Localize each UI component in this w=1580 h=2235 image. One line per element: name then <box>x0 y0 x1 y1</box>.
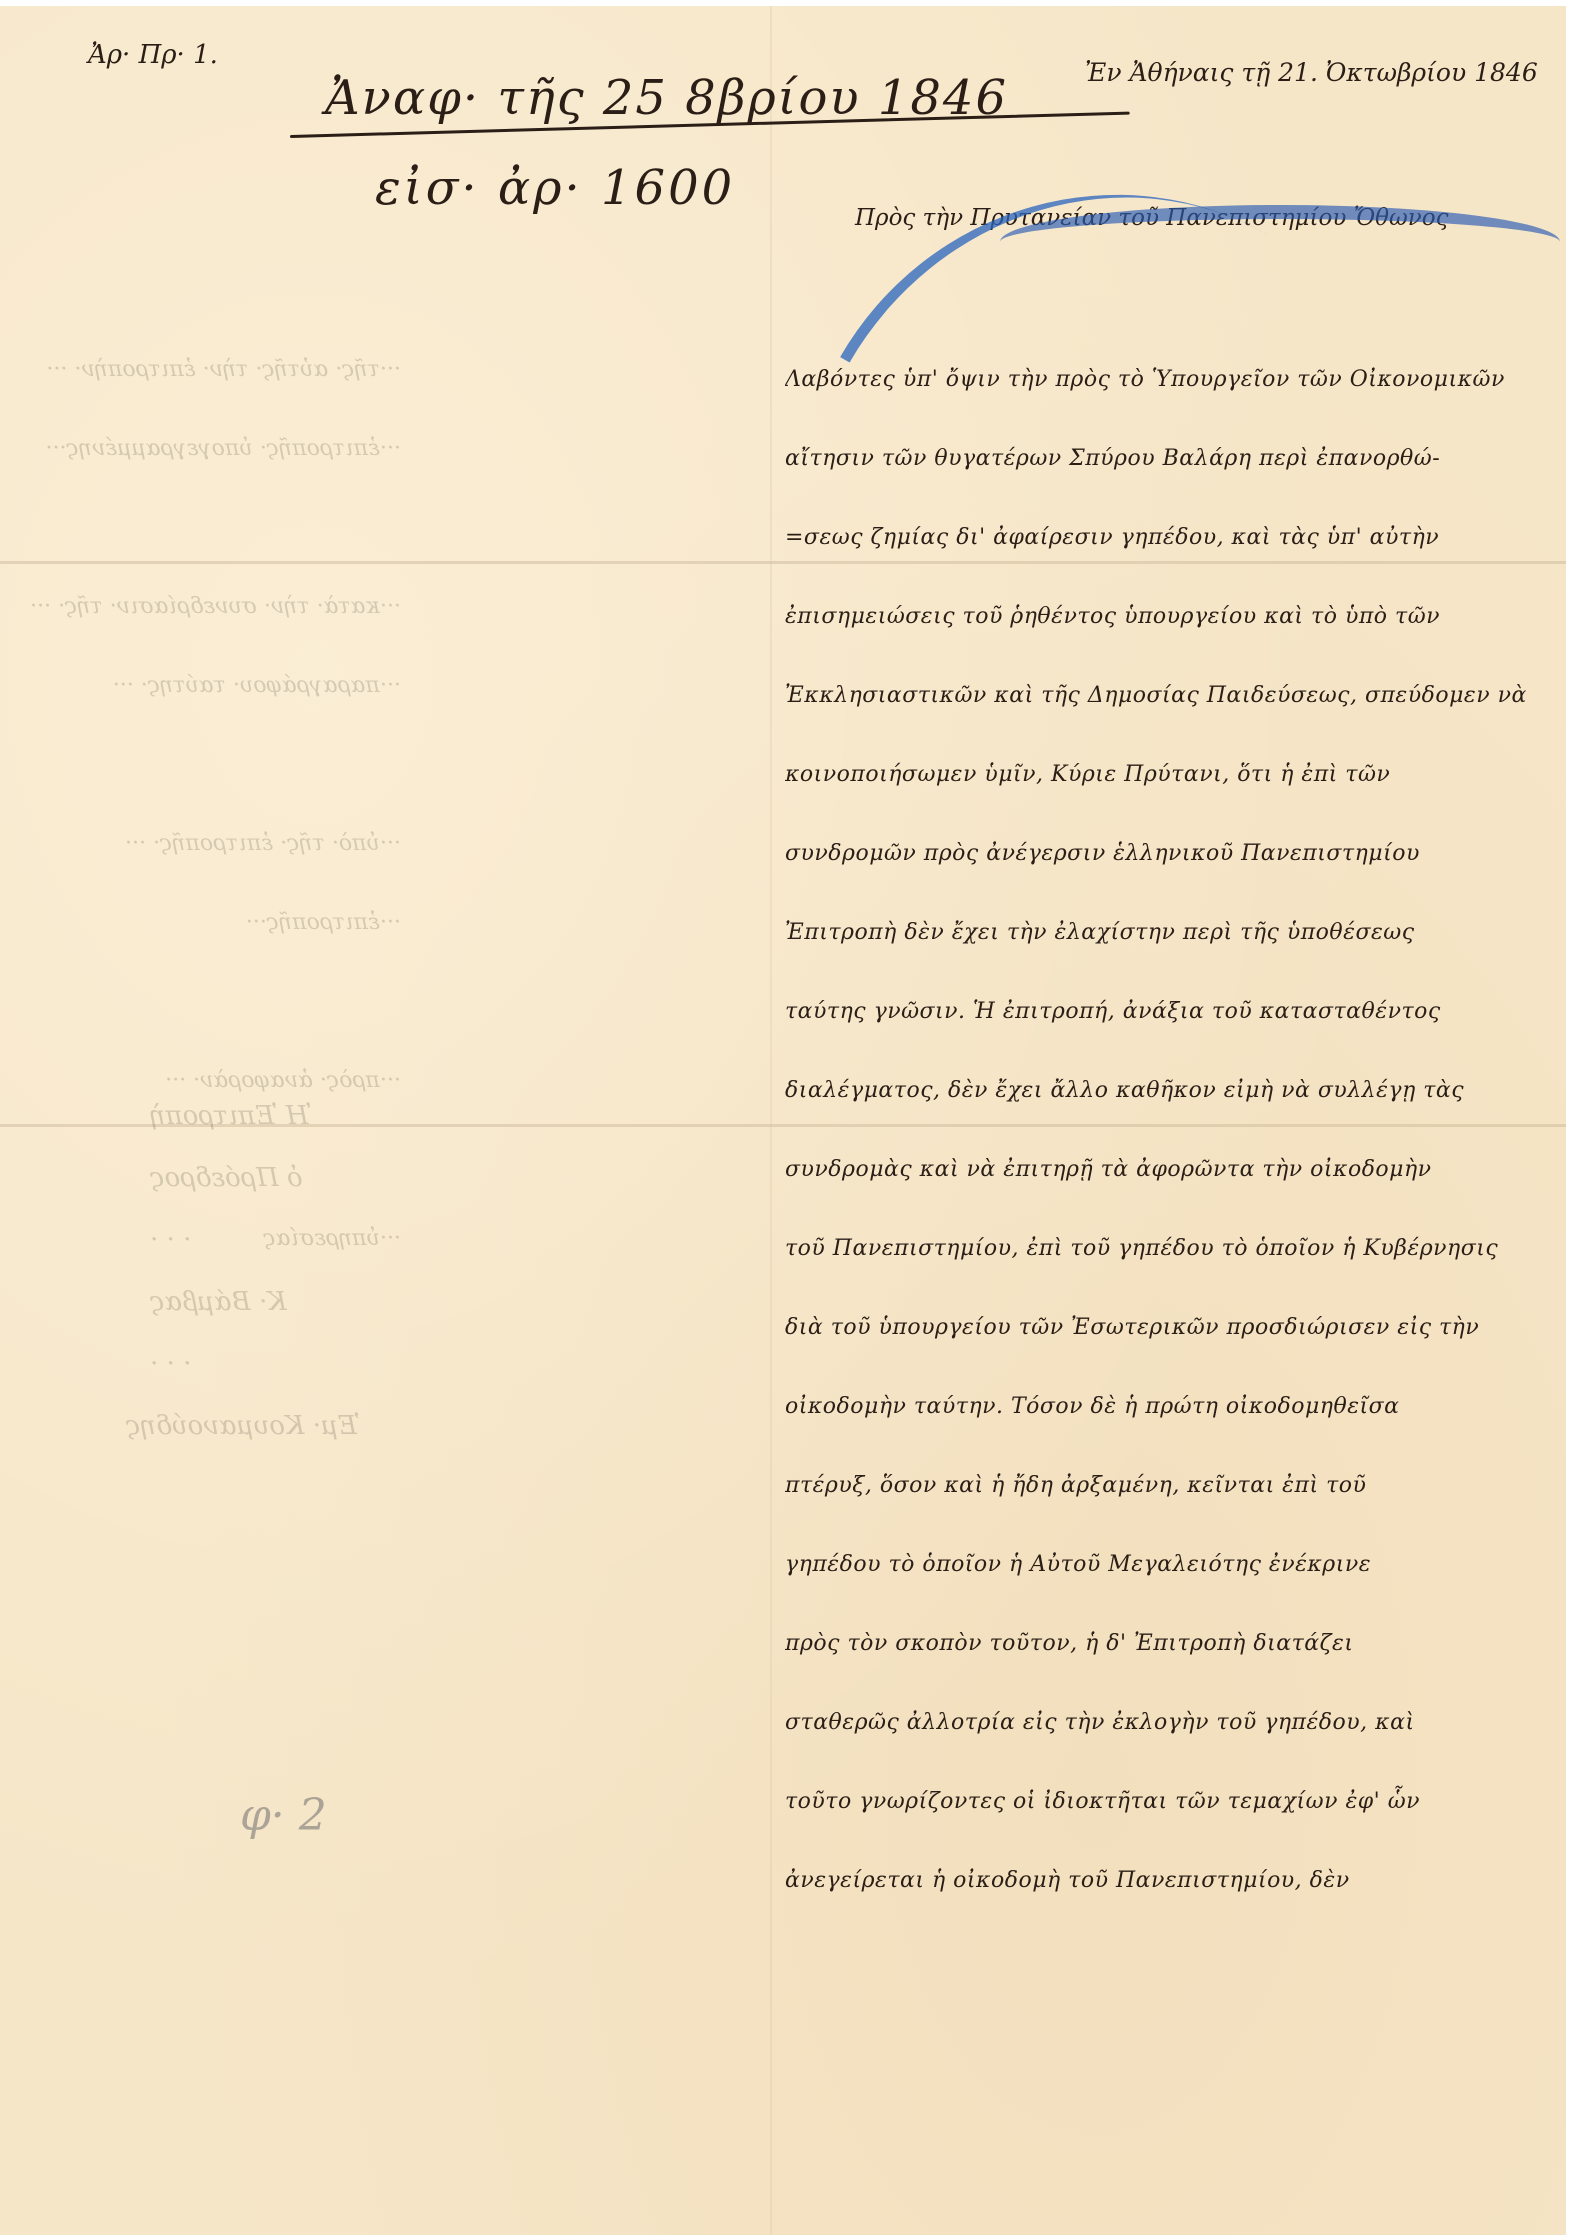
body-line: Λαβόντες ὑπ' ὄψιν τὴν πρὸς τὸ Ὑπουργεῖον… <box>785 340 1555 419</box>
bleed-line <box>30 962 401 1041</box>
body-line: τοῦτο γνωρίζοντες οἱ ἰδιοκτῆται τῶν τεμα… <box>785 1762 1555 1841</box>
body-line: γηπέδου τὸ ὁποῖον ἡ Αὐτοῦ Μεγαλειότης ἐν… <box>785 1525 1555 1604</box>
bleed-line: ···παραγράφου· ταύτης· ··· <box>30 646 401 725</box>
reference-number: Ἀρ· Πρ· 1. <box>88 40 218 70</box>
letter-body: Λαβόντες ὑπ' ὄψιν τὴν πρὸς τὸ Ὑπουργεῖον… <box>785 340 1555 1920</box>
body-line: πτέρυξ, ὅσον καὶ ἡ ἤδη ἀρξαμένη, κεῖνται… <box>785 1446 1555 1525</box>
body-line: πρὸς τὸν σκοπὸν τοῦτον, ἡ δ' Ἐπιτροπὴ δι… <box>785 1604 1555 1683</box>
body-line: αἴτησιν τῶν θυγατέρων Σπύρου Βαλάρη περὶ… <box>785 419 1555 498</box>
body-line: ταύτης γνῶσιν. Ἡ ἐπιτροπή, ἀνάξια τοῦ κα… <box>785 972 1555 1051</box>
folio-mark: φ· 2 <box>240 1790 327 1841</box>
bleed-line <box>30 488 401 567</box>
bleed-line <box>30 725 401 804</box>
signature-line: · · · <box>150 1333 360 1395</box>
body-line: κοινοποιήσωμεν ὑμῖν, Κύριε Πρύτανι, ὅτι … <box>785 735 1555 814</box>
dateline: Ἐν Ἀθήναις τῇ 21. Ὀκτωβρίου 1846 <box>1085 58 1538 87</box>
signature-line: · · · <box>150 1209 360 1271</box>
body-line: διὰ τοῦ ὑπουργείου τῶν Ἐσωτερικῶν προσδι… <box>785 1288 1555 1367</box>
body-line: Ἐκκλησιαστικῶν καὶ τῆς Δημοσίας Παιδεύσε… <box>785 656 1555 735</box>
signature-line: Ἐμ· Κουμανούδης <box>150 1395 360 1457</box>
body-line: συνδρομὰς καὶ νὰ ἐπιτηρῇ τὰ ἀφορῶντα τὴν… <box>785 1130 1555 1209</box>
signature-line: Ἡ Ἐπιτροπὴ <box>150 1085 360 1147</box>
bleed-line: ···ἐπιτροπῆς··· <box>30 883 401 962</box>
fold-crease <box>770 6 772 2235</box>
signature-line: ὁ Πρόεδρος <box>150 1147 360 1209</box>
bleed-line: ···τῆς· αὐτῆς· τὴν· ἐπιτροπὴν· ··· <box>30 330 401 409</box>
body-line: διαλέγματος, δὲν ἔχει ἄλλο καθῆκον εἰμὴ … <box>785 1051 1555 1130</box>
body-line: ἀνεγείρεται ἡ οἰκοδομὴ τοῦ Πανεπιστημίου… <box>785 1841 1555 1920</box>
registry-number: εἰσ· ἀρ· 1600 <box>375 160 735 216</box>
body-line: συνδρομῶν πρὸς ἀνέγερσιν ἑλληνικοῦ Πανεπ… <box>785 814 1555 893</box>
body-line: σταθερῶς ἀλλοτρία εἰς τὴν ἐκλογὴν τοῦ γη… <box>785 1683 1555 1762</box>
signature-line: Κ· Βάμβας <box>150 1271 360 1333</box>
body-line: Ἐπιτροπὴ δὲν ἔχει τὴν ἐλαχίστην περὶ τῆς… <box>785 893 1555 972</box>
bleed-line: ···ὑπὸ· τῆς· ἐπιτροπῆς· ··· <box>30 804 401 883</box>
bleed-line: ···κατὰ· τὴν· συνεδρίασιν· τῆς· ··· <box>30 567 401 646</box>
body-line: τοῦ Πανεπιστημίου, ἐπὶ τοῦ γηπέδου τὸ ὁπ… <box>785 1209 1555 1288</box>
blue-pencil-strikethrough <box>1000 205 1560 279</box>
body-line: ἐπισημειώσεις τοῦ ῥηθέντος ὑπουργείου κα… <box>785 577 1555 656</box>
body-line: =σεως ζημίας δι' ἀφαίρεσιν γηπέδου, καὶ … <box>785 498 1555 577</box>
bleed-line: ···ἐπιτροπῆς· ὑπογεγραμμένης··· <box>30 409 401 488</box>
body-line: οἰκοδομὴν ταύτην. Τόσον δὲ ἡ πρώτη οἰκοδ… <box>785 1367 1555 1446</box>
margin-signatures: Ἡ Ἐπιτροπὴ ὁ Πρόεδρος · · · Κ· Βάμβας · … <box>150 1085 360 1457</box>
